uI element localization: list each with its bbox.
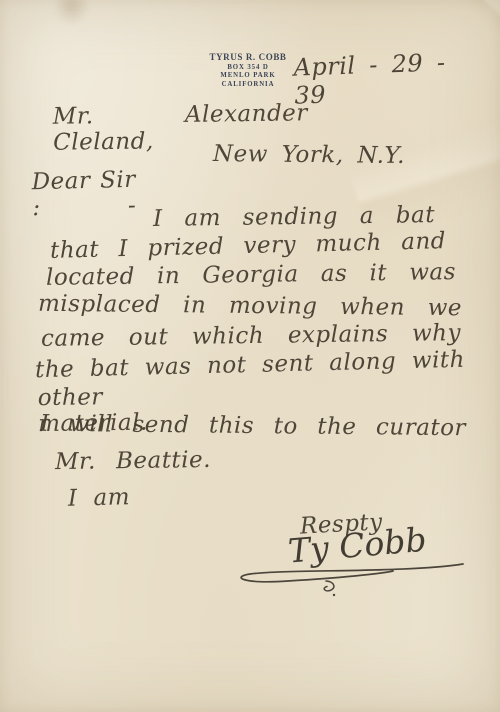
signature-flourish bbox=[230, 554, 470, 602]
body-line: I am bbox=[68, 484, 131, 512]
body-line: I will send this to the curator bbox=[40, 411, 466, 442]
letterhead: TYRUS R. COBB BOX 354 D MENLO PARK CALIF… bbox=[200, 52, 296, 88]
body-line: I am sending a bat bbox=[153, 202, 435, 232]
letterhead-name: TYRUS R. COBB bbox=[200, 52, 296, 62]
letterhead-city-line: MENLO PARK bbox=[200, 72, 296, 79]
salutation-line: Dear Sir : - bbox=[31, 167, 136, 222]
date-handwritten: April - 29 - 39 bbox=[293, 49, 447, 109]
letterhead-box-line: BOX 354 D bbox=[200, 64, 296, 71]
letterhead-state-line: CALIFORNIA bbox=[200, 81, 296, 88]
body-line: misplaced in moving when we bbox=[38, 291, 462, 322]
body-line: Mr. Beattie. bbox=[55, 447, 211, 476]
letter-page: TYRUS R. COBB BOX 354 D MENLO PARK CALIF… bbox=[0, 0, 500, 712]
recipient-city-line: New York, N.Y. bbox=[213, 141, 405, 169]
body-line: the bat was not sent along with bbox=[35, 347, 466, 384]
pencil-smudge bbox=[49, 0, 93, 30]
